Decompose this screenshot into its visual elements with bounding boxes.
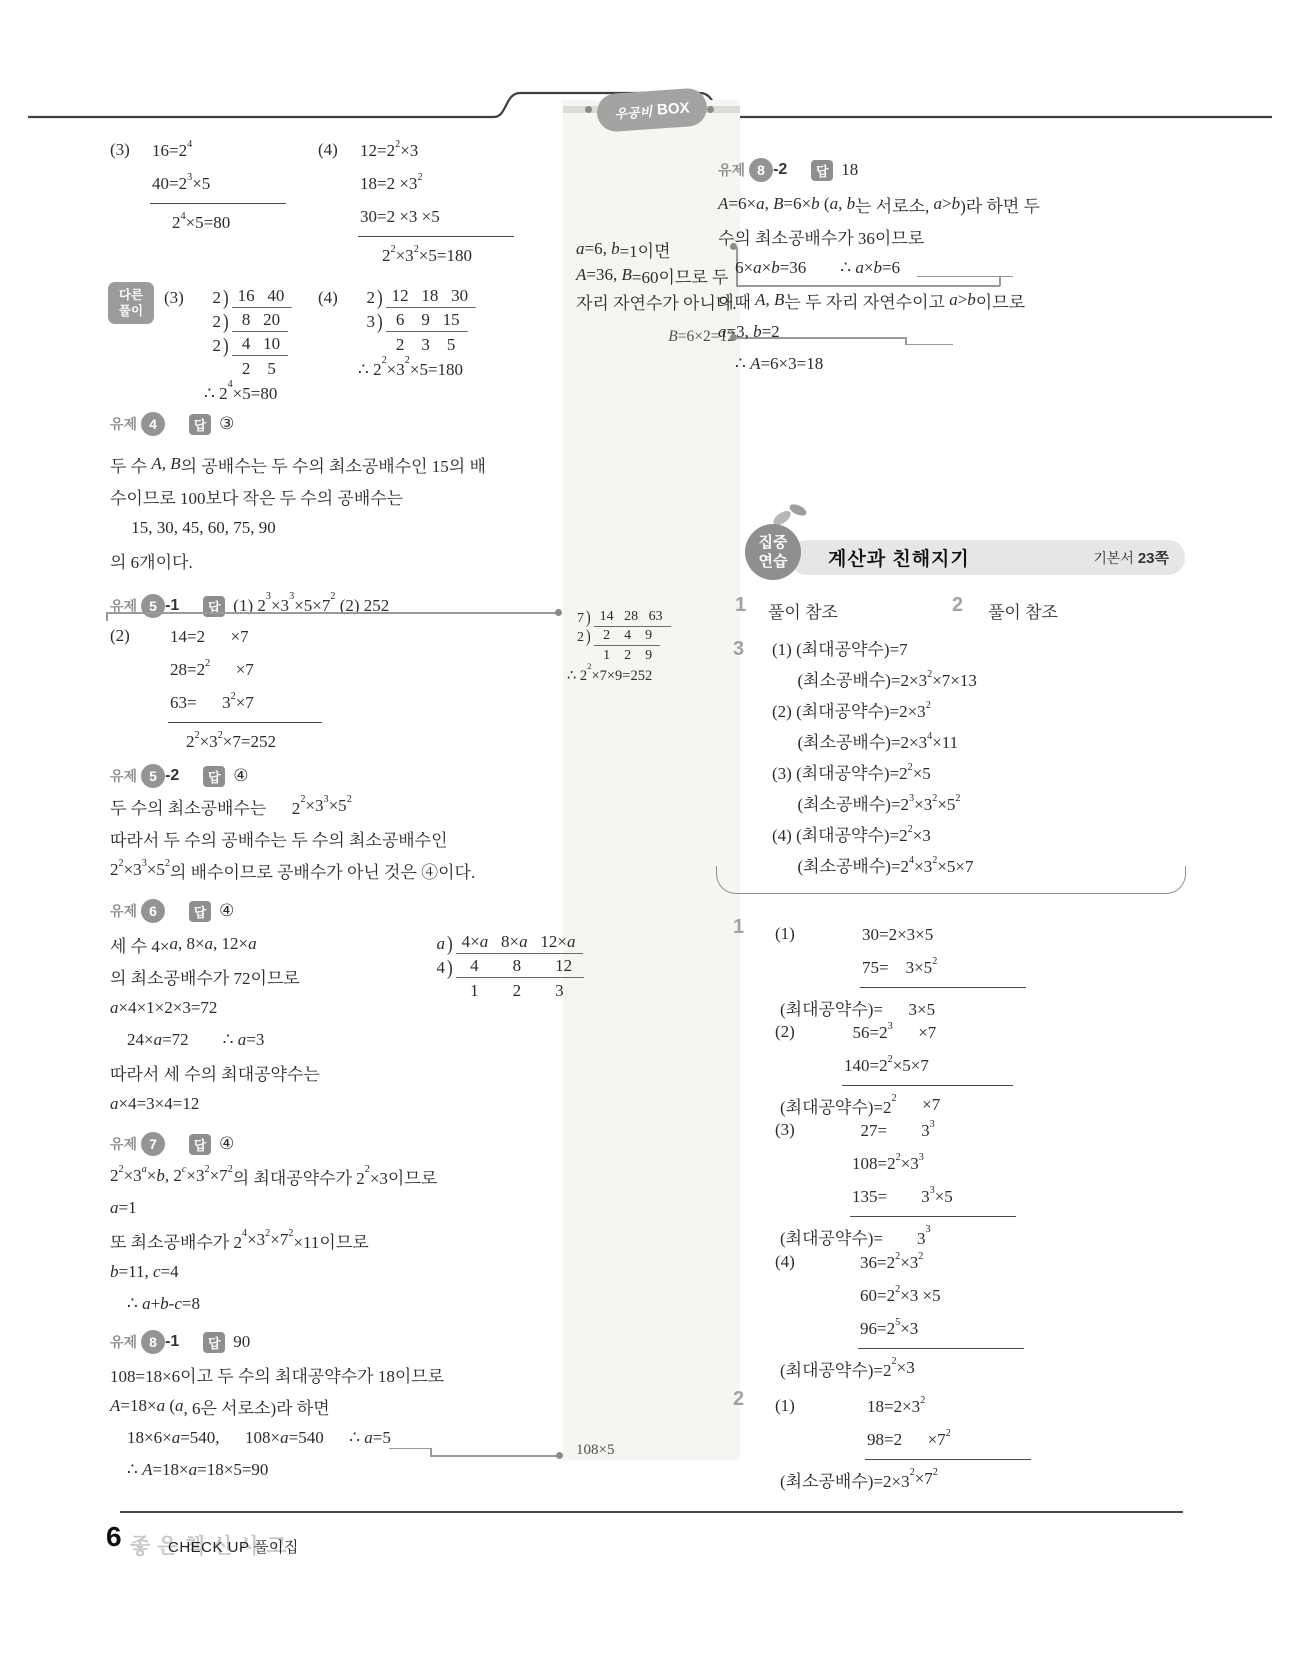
text-line: (최소공배수)=2×32×7×13	[772, 665, 977, 696]
exercise-number-badge: 6	[141, 899, 165, 923]
factor-line: 60=22×3 ×5	[860, 1279, 1010, 1312]
division-row: 2 ) 8 20	[204, 308, 292, 332]
alt3-label: (3)	[164, 288, 184, 308]
text-line: (1) (최대공약수)=7	[772, 634, 977, 665]
footer-rule	[120, 1511, 1183, 1513]
factor-line: 18=2 ×32	[360, 167, 500, 200]
stack-2-1: 18=2×3298=2 ×72 (최소공배수)=2×32×72	[780, 1390, 1031, 1493]
division-result: ∴ 24×5=80	[204, 384, 292, 404]
division-row: 2 ) 4 10	[204, 332, 292, 356]
page-number: 6	[106, 1521, 122, 1553]
connector-540-h	[430, 1455, 558, 1457]
answer-badge: 답	[811, 160, 833, 181]
text-line: a=1	[110, 1192, 437, 1224]
factor-line: 108=22×33	[852, 1147, 1002, 1180]
connector-5-1	[106, 612, 558, 614]
division-row: 2 ) 2 4 9	[567, 627, 671, 646]
exercise-tag: 유제	[110, 901, 137, 921]
stack-1-1: 30=2×3×575= 3×52 (최대공약수)= 3×5	[780, 918, 1026, 1021]
box-note-1: a=6, b=1이면A=36, B=60이므로 두자리 자연수가 아니다.	[576, 236, 737, 314]
factor-line: 140=22×5×7	[844, 1049, 999, 1082]
alt4-label: (4)	[318, 288, 338, 308]
text-line: 따라서 세 수의 최대공약수는	[110, 1056, 320, 1088]
exercise-4-body: 두 수 A, B의 공배수는 두 수의 최소공배수인 15의 배수이므로 100…	[110, 448, 486, 576]
factor-line: 14=2 ×7	[170, 620, 308, 653]
section-close-bracket	[716, 866, 1186, 894]
factor-line: 27= 33	[852, 1114, 1002, 1147]
box-note-2: B=6×2=12	[575, 328, 735, 346]
division-row: 2 ) 16 40	[204, 284, 292, 308]
answer-value: ④	[219, 1134, 234, 1154]
exercise-tag: 유제	[110, 1134, 137, 1154]
exercise-number-badge: 4	[141, 412, 165, 436]
factor-line: 36=22×32	[860, 1246, 1010, 1279]
text-line: 의 6개이다.	[110, 544, 486, 576]
note-line: A=36, B=60이므로 두	[576, 262, 737, 288]
text-line: 22×33×52의 배수이므로 공배수가 아닌 것은 ④이다.	[110, 854, 475, 886]
factor-line: 18=2×32	[867, 1390, 1017, 1423]
factor-line: 135= 33×5	[852, 1180, 1002, 1213]
text-line: (최소공배수)=2×34×11	[772, 727, 977, 758]
exercise-6-body: 세 수 4×a, 8×a, 12×a의 최소공배수가 72이므로 a×4×1×2…	[110, 928, 320, 1120]
text-line: a=3, b=2	[718, 316, 1040, 348]
focus-practice-bar: 계산과 친해지기 기본서 23쪽	[790, 540, 1185, 575]
text-line: 세 수 4×a, 8×a, 12×a	[110, 928, 320, 960]
factor-stack-4: 12=22×318=2 ×3230=2 ×3 ×5 22×32×5=180	[358, 134, 514, 270]
text-line: 수의 최소공배수가 36이므로	[718, 220, 1040, 252]
text-line: 6×a×b=36 ∴ a×b=6	[718, 252, 1040, 284]
exercise-tag: 유제	[110, 766, 137, 786]
text-line: 24×a=72 ∴ a=3	[110, 1024, 320, 1056]
problem-3-number: 3	[733, 638, 744, 661]
stack-1-4: 36=22×3260=22×3 ×596=25×3 (최대공약수)=22×3	[780, 1246, 1024, 1382]
division-row: 2 ) 12 18 30	[358, 284, 476, 308]
factor-line: 96=25×3	[860, 1312, 1010, 1345]
problem-1-text: 풀이 참조	[768, 598, 838, 623]
text-line: 이때 A, B는 두 자리 자연수이고 a>b이므로	[718, 284, 1040, 316]
factor-line: 30=2×3×5	[862, 918, 1012, 951]
focus-practice-badge: 집중 연습	[745, 524, 801, 580]
bar-dot-right	[707, 106, 714, 113]
factor-line: 30=2 ×3 ×5	[360, 200, 500, 233]
division-row: 7 ) 14 28 63	[567, 608, 671, 627]
text-line: ∴ A=18×a=18×5=90	[110, 1454, 444, 1486]
text-line: 따라서 두 수의 공배수는 두 수의 최소공배수인	[110, 822, 475, 854]
text-line: a×4=3×4=12	[110, 1088, 320, 1120]
text-line: 의 최소공배수가 72이므로	[110, 960, 320, 992]
exercise-8-2-header: 유제 8 -2 답 18	[718, 156, 858, 184]
text-line: A=6×a, B=6×b (a, b는 서로소, a>b)라 하면 두	[718, 188, 1040, 220]
note-line: 자리 자연수가 아니다.	[576, 288, 737, 314]
text-line: (2) (최대공약수)=2×32	[772, 696, 977, 727]
bar-dot-left	[585, 106, 592, 113]
solutions-page: 우공비 BOX (3) 16=2440=23×5 24×5=80 (4) 12=…	[0, 0, 1300, 1654]
division-result: ∴ 22×32×5=180	[358, 360, 476, 380]
alt-badge-bottom: 풀이	[119, 303, 143, 319]
division-table-4: 2 ) 12 18 30 3 ) 6 9 15 ) 2 3 5 ∴ 22×32×…	[358, 284, 476, 380]
text-line: ∴ A=6×3=18	[718, 348, 1040, 380]
connector-5-1-tick	[106, 612, 108, 621]
box-note-division: 7 ) 14 28 63 2 ) 2 4 9 ) 1 2 9 ∴ 22×7×9=…	[567, 608, 671, 685]
exercise-8-1-header: 유제 8 -1 답 90	[110, 1328, 250, 1356]
answer-value: 18	[841, 160, 858, 180]
division-row: 4 ) 4 8 12	[428, 954, 584, 978]
answer-value: ④	[233, 766, 248, 786]
factor-result: (최소공배수)=2×32×72	[780, 1465, 1031, 1493]
answer-badge: 답	[189, 901, 211, 922]
exercise-number-badge: 8	[749, 158, 773, 182]
sub-item-label: (2)	[110, 626, 130, 646]
stack-1-3: 27= 33108=22×33135= 33×5 (최대공약수)= 33	[780, 1114, 1016, 1250]
division-quotients: ) 2 3 5	[358, 332, 476, 356]
exercise-7-body: 22×3a×b, 2c×32×72의 최대공약수가 22×3이므로 a=1또 최…	[110, 1160, 437, 1320]
answer-value: 90	[233, 1332, 250, 1352]
exercise-6-header: 유제 6 답 ④	[110, 897, 234, 925]
factor-result: 24×5=80	[172, 209, 286, 237]
exercise-5-1-header: 유제 5 -1 답 (1) 23×33×5×72 (2) 252	[110, 592, 389, 620]
text-line: A=18×a (a, 6은 서로소)라 하면	[110, 1390, 444, 1422]
division-result: ∴ 22×7×9=252	[567, 668, 671, 685]
text-line: (4) (최대공약수)=22×3	[772, 820, 977, 851]
division-quotients: ) 1 2 3	[428, 978, 584, 1002]
factor-result: (최대공약수)=22×3	[780, 1354, 1024, 1382]
exercise-8-2-body: A=6×a, B=6×b (a, b는 서로소, a>b)라 하면 두수의 최소…	[718, 188, 1040, 380]
alt-badge-top: 다른	[119, 287, 143, 303]
connector-540-dot	[556, 1452, 563, 1459]
alt-solution-badge: 다른 풀이	[108, 282, 154, 324]
factor-line: 98=2 ×72	[867, 1423, 1017, 1456]
section-title: 계산과 친해지기	[828, 544, 1093, 571]
factor-stack-5-1: 14=2 ×728=22 ×763= 32×7 22×32×7=252	[168, 620, 322, 756]
badge-bold-label: BOX	[656, 99, 690, 118]
exercise-number-badge: 7	[141, 1132, 165, 1156]
division-table-3: 2 ) 16 40 2 ) 8 20 2 ) 4 10 ) 2 5 ∴ 24×5…	[204, 284, 292, 404]
ugongbi-box-badge: 우공비 BOX	[596, 87, 708, 133]
exercise-8-1-body: 108=18×6이고 두 수의 최대공약수가 18이므로A=18×a (a, 6…	[110, 1358, 444, 1486]
answer-badge: 답	[203, 766, 225, 787]
exercise-5-2-body: 두 수의 최소공배수는 22×33×52따라서 두 수의 공배수는 두 수의 최…	[110, 790, 475, 886]
text-line: 두 수 A, B의 공배수는 두 수의 최소공배수인 15의 배	[110, 448, 486, 480]
text-line: (3) (최대공약수)=22×5	[772, 758, 977, 789]
note-line: a=6, b=1이면	[576, 236, 737, 262]
item3-label: (3)	[110, 140, 130, 160]
reference-page: 기본서 23쪽	[1093, 547, 1169, 568]
factor-line: 75= 3×52	[862, 951, 1012, 984]
problem-2-number: 2	[952, 594, 963, 617]
text-line: 15, 30, 45, 60, 75, 90	[110, 512, 486, 544]
problem-1-detail-number: 1	[733, 916, 744, 939]
factor-line: 40=23×5	[152, 167, 272, 200]
exercise-4-header: 유제 4 답 ③	[110, 410, 234, 438]
answer-badge: 답	[189, 414, 211, 435]
division-row: 3 ) 6 9 15	[358, 308, 476, 332]
text-line: a×4×1×2×3=72	[110, 992, 320, 1024]
text-line: 수이므로 100보다 작은 두 수의 공배수는	[110, 480, 486, 512]
division-quotients: ) 1 2 9	[567, 646, 671, 665]
answer-badge: 답	[189, 1134, 211, 1155]
exercise-number-badge: 5	[141, 594, 165, 618]
exercise-tag: 유제	[110, 1332, 137, 1352]
factor-stack-3: 16=2440=23×5 24×5=80	[150, 134, 286, 237]
exercise-tag: 유제	[718, 160, 745, 180]
factor-line: 12=22×3	[360, 134, 500, 167]
problem-1-number: 1	[735, 594, 746, 617]
division-row: a ) 4×a 8×a 12×a	[428, 930, 584, 954]
factor-line: 28=22 ×7	[170, 653, 308, 686]
problem-3-body: (1) (최대공약수)=7 (최소공배수)=2×32×7×13(2) (최대공약…	[772, 634, 977, 882]
factor-result: 22×32×5=180	[382, 242, 514, 270]
exercise-number-badge: 5	[141, 764, 165, 788]
connector-5-1-dot	[555, 609, 562, 616]
factor-line: 63= 32×7	[170, 686, 308, 719]
text-line: 두 수의 최소공배수는 22×33×52	[110, 790, 475, 822]
answer-badge: 답	[203, 1332, 225, 1353]
exercise-7-header: 유제 7 답 ④	[110, 1130, 234, 1158]
item4-label: (4)	[318, 140, 338, 160]
answer-value: ③	[219, 414, 234, 434]
division-quotients: ) 2 5	[204, 356, 292, 380]
text-line: b=11, c=4	[110, 1256, 437, 1288]
problem-2-detail-number: 2	[733, 1388, 744, 1411]
text-line: ∴ a+b-c=8	[110, 1288, 437, 1320]
badge-script-label: 우공비	[614, 101, 653, 123]
footer-brand: CHECK UP 풀이집	[168, 1536, 299, 1557]
exercise-tag: 유제	[110, 414, 137, 434]
problem-2-text: 풀이 참조	[988, 598, 1058, 623]
underline-540	[389, 1448, 432, 1449]
exercise-5-2-header: 유제 5 -2 답 ④	[110, 762, 249, 790]
factor-result: 22×32×7=252	[186, 728, 322, 756]
text-line: 108=18×6이고 두 수의 최대공약수가 18이므로	[110, 1358, 444, 1390]
answer-value: ④	[219, 901, 234, 921]
factor-line: 56=23 ×7	[844, 1016, 999, 1049]
division-table-6: a ) 4×a 8×a 12×a 4 ) 4 8 12 ) 1 2 3	[428, 930, 584, 1002]
exercise-number-badge: 8	[141, 1330, 165, 1354]
text-line: 22×3a×b, 2c×32×72의 최대공약수가 22×3이므로	[110, 1160, 437, 1192]
text-line: 또 최소공배수가 24×32×72×11이므로	[110, 1224, 437, 1256]
factor-line: 16=24	[152, 134, 272, 167]
text-line: (최소공배수)=23×32×52	[772, 789, 977, 820]
stack-1-2: 56=23 ×7140=22×5×7 (최대공약수)=22 ×7	[780, 1016, 1013, 1119]
box-note-4: 108×5	[576, 1442, 614, 1459]
